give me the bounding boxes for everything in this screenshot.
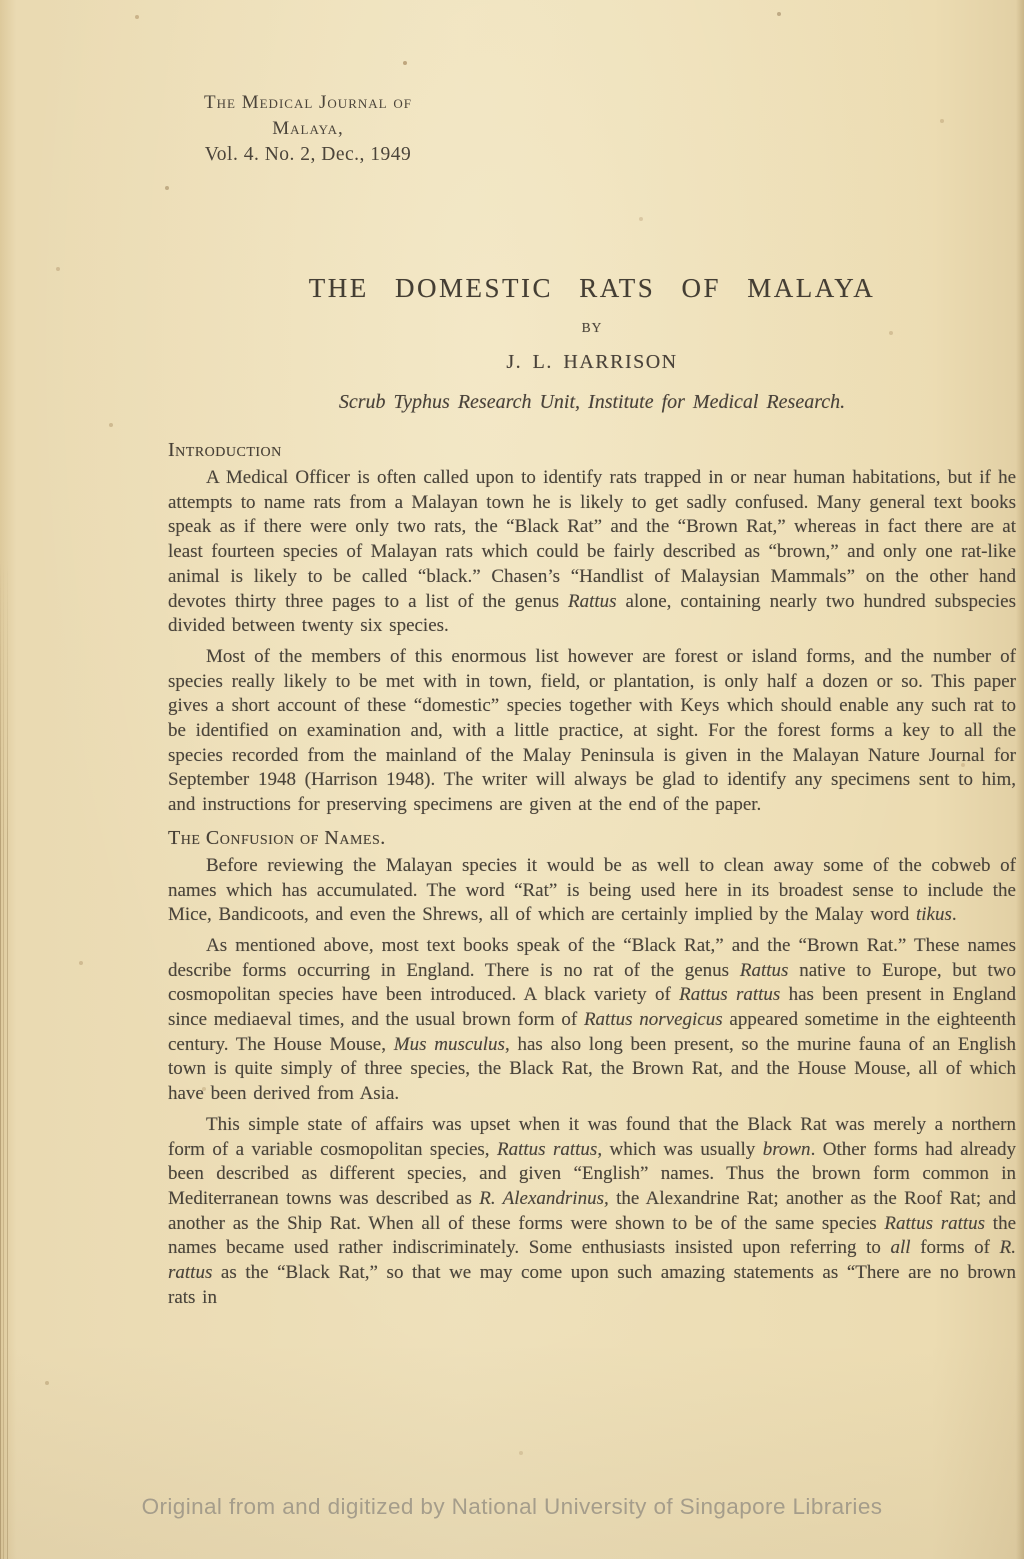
author-name: J. L. HARRISON: [168, 351, 1016, 374]
journal-name-line1: The Medical Journal of: [158, 90, 458, 116]
author-affiliation: Scrub Typhus Research Unit, Institute fo…: [168, 391, 1016, 414]
section-heading-confusion-of-names: The Confusion of Names.: [168, 826, 1016, 851]
paragraph: A Medical Officer is often called upon t…: [168, 466, 1016, 639]
article-title: THE DOMESTIC RATS OF MALAYA: [168, 272, 1016, 304]
paragraph: Most of the members of this enormous lis…: [168, 645, 1016, 818]
article-body: THE DOMESTIC RATS OF MALAYA BY J. L. HAR…: [168, 262, 1016, 1317]
journal-volume-line: Vol. 4. No. 2, Dec., 1949: [158, 142, 458, 168]
section-heading-introduction: Introduction: [168, 438, 1016, 463]
scanned-journal-page: The Medical Journal of Malaya, Vol. 4. N…: [0, 0, 1024, 1559]
section-introduction: Introduction A Medical Officer is often …: [168, 438, 1016, 818]
byline-label: BY: [168, 320, 1016, 336]
section-confusion-of-names: The Confusion of Names. Before reviewing…: [168, 826, 1016, 1311]
journal-name-line2: Malaya,: [158, 116, 458, 142]
paper-speckles: [0, 0, 2, 2]
journal-header: The Medical Journal of Malaya, Vol. 4. N…: [158, 90, 458, 168]
paragraph: This simple state of affairs was upset w…: [168, 1113, 1016, 1311]
book-binding-edge: [0, 560, 14, 1559]
paragraph: As mentioned above, most text books spea…: [168, 934, 1016, 1107]
digitization-watermark: Original from and digitized by National …: [0, 1494, 1024, 1520]
paragraph: Before reviewing the Malayan species it …: [168, 854, 1016, 928]
